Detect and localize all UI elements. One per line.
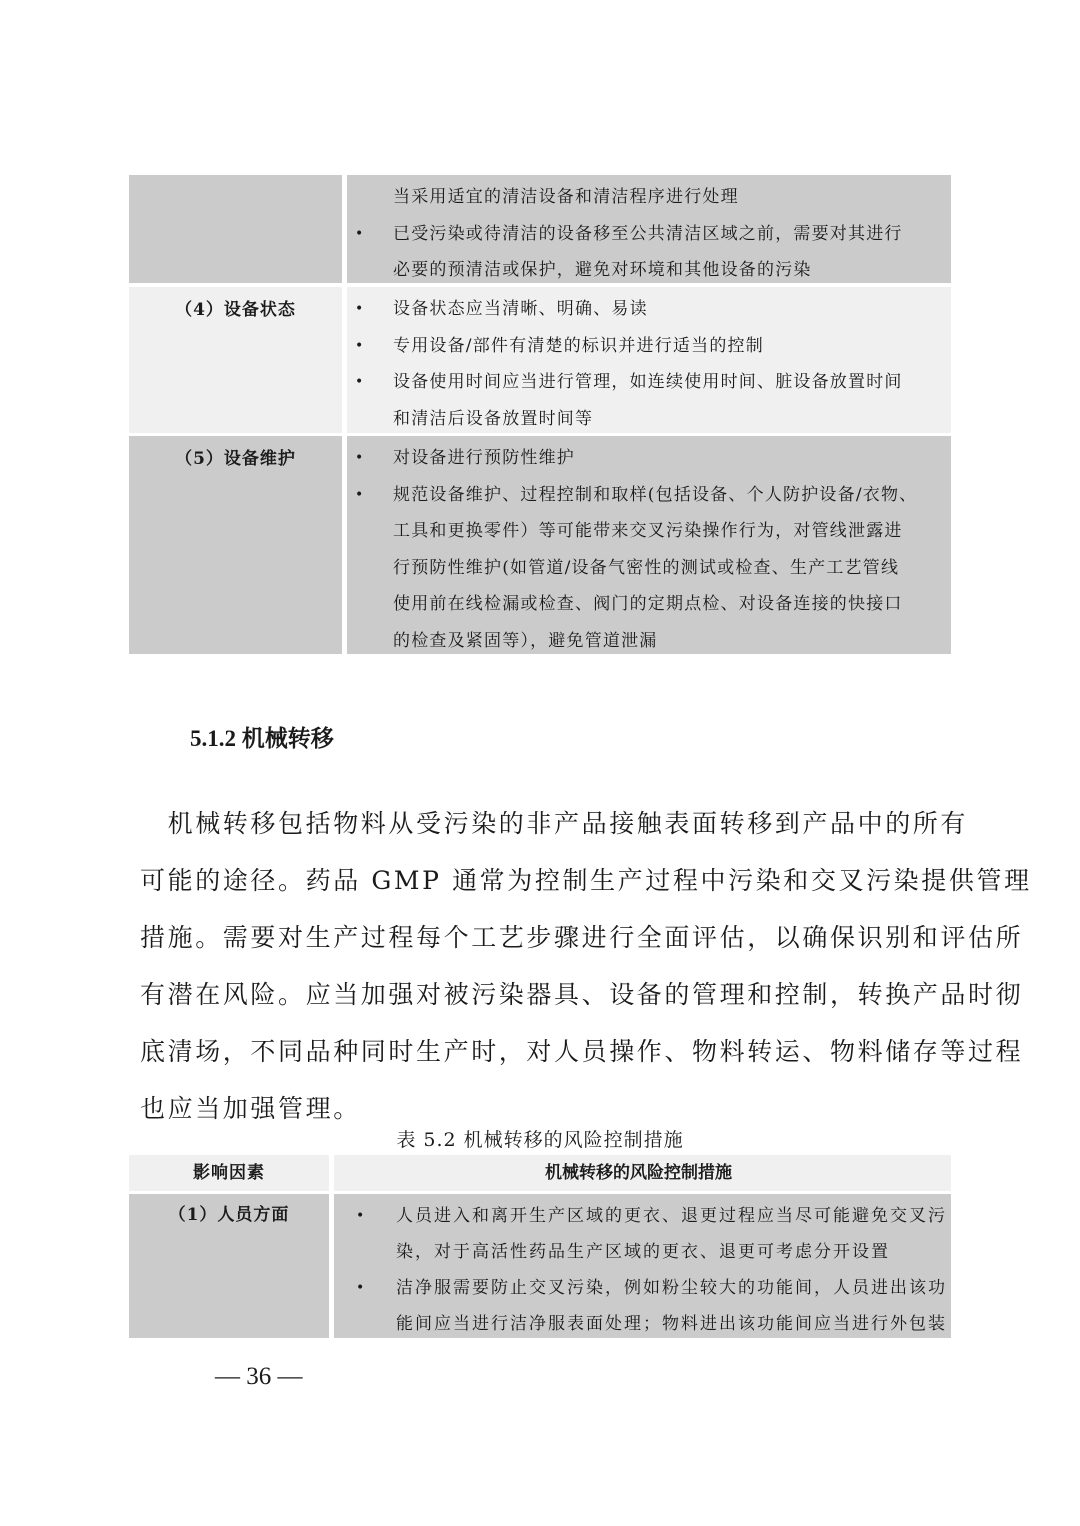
measure-line: 行预防性维护(如管道/设备气密性的测试或检查、生产工艺管线 xyxy=(393,550,943,587)
paragraph-line: 可能的途径。药品 GMP 通常为控制生产过程中污染和交叉污染提供管理 xyxy=(140,852,950,909)
bullet-icon: • xyxy=(355,216,364,253)
measure-line: •设备使用时间应当进行管理，如连续使用时间、脏设备放置时间 xyxy=(393,364,943,401)
bullet-icon: • xyxy=(355,291,364,328)
measure-line: 染，对于高活性药品生产区域的更衣、退更可考虑分开设置 xyxy=(396,1234,943,1270)
equipment-risk-table: 当采用适宜的清洁设备和清洁程序进行处理 •已受污染或待清洁的设备移至公共清洁区域… xyxy=(129,175,951,654)
bullet-icon: • xyxy=(355,328,364,365)
measure-line: 必要的预清洁或保护，避免对环境和其他设备的污染 xyxy=(393,252,943,289)
table-row: （1）人员方面 •人员进入和离开生产区域的更衣、退更过程应当尽可能避免交叉污 染… xyxy=(129,1194,951,1338)
paragraph-line: 底清场，不同品种同时生产时，对人员操作、物料转运、物料储存等过程 xyxy=(140,1023,950,1080)
bullet-icon: • xyxy=(355,440,364,477)
body-paragraph: 机械转移包括物料从受污染的非产品接触表面转移到产品中的所有 可能的途径。药品 G… xyxy=(140,795,950,1137)
measure-line: 工具和更换零件）等可能带来交叉污染操作行为，对管线泄露进 xyxy=(393,513,943,550)
page-number: — 36 — xyxy=(215,1363,303,1391)
measure-line: •洁净服需要防止交叉污染，例如粉尘较大的功能间，人员进出该功 xyxy=(396,1270,943,1306)
paragraph-line: 机械转移包括物料从受污染的非产品接触表面转移到产品中的所有 xyxy=(140,795,950,852)
header-measures: 机械转移的风险控制措施 xyxy=(334,1155,951,1191)
factor-cell: （4）设备状态 xyxy=(129,287,342,433)
header-factor: 影响因素 xyxy=(129,1155,329,1191)
section-heading: 5.1.2 机械转移 xyxy=(190,720,334,753)
table-row: （5）设备维护 •对设备进行预防性维护 •规范设备维护、过程控制和取样(包括设备… xyxy=(129,436,951,654)
paragraph-line: 措施。需要对生产过程每个工艺步骤进行全面评估，以确保识别和评估所 xyxy=(140,909,950,966)
measures-cell: •人员进入和离开生产区域的更衣、退更过程应当尽可能避免交叉污 染，对于高活性药品… xyxy=(334,1194,951,1338)
measures-cell: 当采用适宜的清洁设备和清洁程序进行处理 •已受污染或待清洁的设备移至公共清洁区域… xyxy=(347,175,951,283)
measures-cell: •设备状态应当清晰、明确、易读 •专用设备/部件有清楚的标识并进行适当的控制 •… xyxy=(347,287,951,433)
measure-line: •已受污染或待清洁的设备移至公共清洁区域之前，需要对其进行 xyxy=(393,216,943,253)
bullet-icon: • xyxy=(356,1270,366,1306)
bullet-icon: • xyxy=(356,1198,366,1234)
measure-line: •对设备进行预防性维护 xyxy=(393,440,943,477)
factor-cell xyxy=(129,175,342,283)
measure-line: 的检查及紧固等），避免管道泄漏 xyxy=(393,623,943,660)
table-header-row: 影响因素 机械转移的风险控制措施 xyxy=(129,1155,951,1190)
measure-line: 使用前在线检漏或检查、阀门的定期点检、对设备连接的快接口 xyxy=(393,586,943,623)
measure-line: 和清洁后设备放置时间等 xyxy=(393,401,943,438)
table-row: 当采用适宜的清洁设备和清洁程序进行处理 •已受污染或待清洁的设备移至公共清洁区域… xyxy=(129,175,951,283)
factor-cell: （1）人员方面 xyxy=(129,1194,329,1338)
measure-line: •人员进入和离开生产区域的更衣、退更过程应当尽可能避免交叉污 xyxy=(396,1198,943,1234)
measure-line: •专用设备/部件有清楚的标识并进行适当的控制 xyxy=(393,328,943,365)
bullet-icon: • xyxy=(355,477,364,514)
paragraph-line: 有潜在风险。应当加强对被污染器具、设备的管理和控制，转换产品时彻 xyxy=(140,966,950,1023)
measures-cell: •对设备进行预防性维护 •规范设备维护、过程控制和取样(包括设备、个人防护设备/… xyxy=(347,436,951,654)
measure-line: 当采用适宜的清洁设备和清洁程序进行处理 xyxy=(393,179,943,216)
bullet-icon: • xyxy=(355,364,364,401)
measure-line: •设备状态应当清晰、明确、易读 xyxy=(393,291,943,328)
measure-line: 能间应当进行洁净服表面处理；物料进出该功能间应当进行外包装 xyxy=(396,1306,943,1342)
factor-cell: （5）设备维护 xyxy=(129,436,342,654)
table-row: （4）设备状态 •设备状态应当清晰、明确、易读 •专用设备/部件有清楚的标识并进… xyxy=(129,287,951,433)
measure-line: •规范设备维护、过程控制和取样(包括设备、个人防护设备/衣物、 xyxy=(393,477,943,514)
mechanical-transfer-table: 影响因素 机械转移的风险控制措施 （1）人员方面 •人员进入和离开生产区域的更衣… xyxy=(129,1155,951,1338)
table-caption: 表 5.2 机械转移的风险控制措施 xyxy=(0,1125,1080,1152)
